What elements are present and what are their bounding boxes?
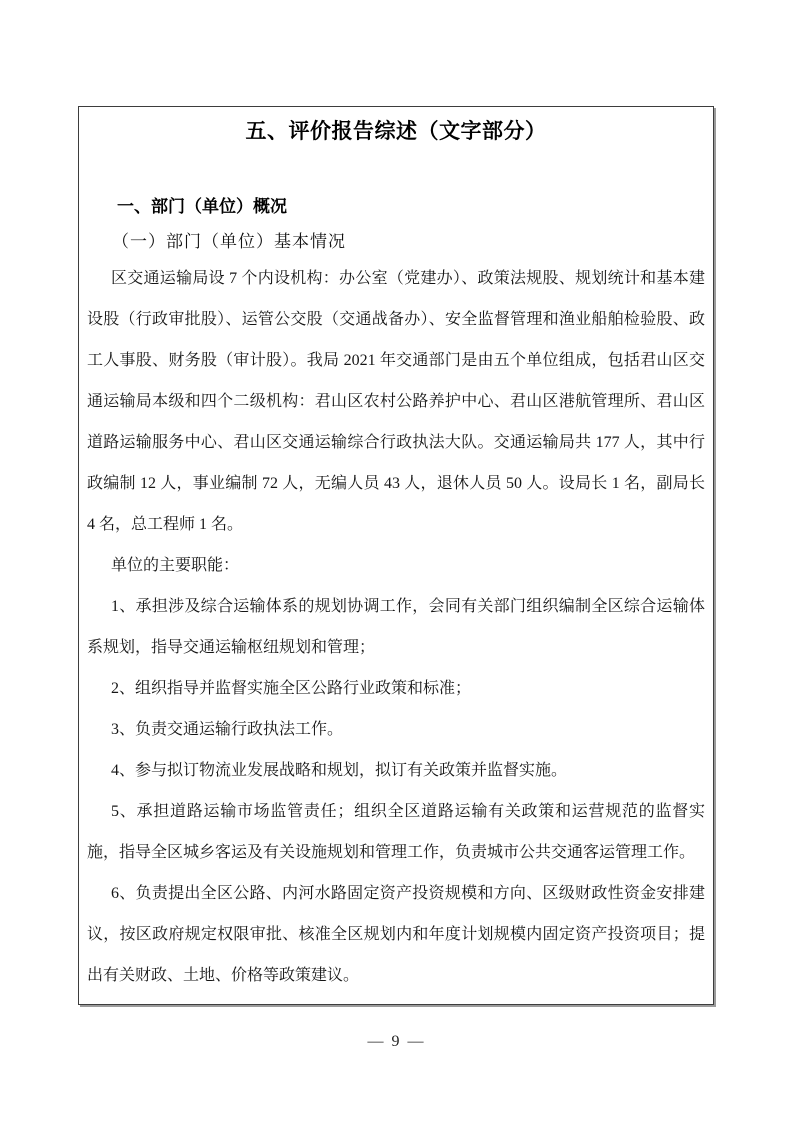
page-footer: — 9 — — [0, 1033, 793, 1051]
document-page: 五、评价报告综述（文字部分） 一、部门（单位）概况 （一）部门（单位）基本情况 … — [0, 0, 793, 1122]
paragraph-function-5: 5、承担道路运输市场监管责任；组织全区道路运输有关政策和运营规范的监督实施，指导… — [87, 791, 705, 873]
content-box: 五、评价报告综述（文字部分） 一、部门（单位）概况 （一）部门（单位）基本情况 … — [78, 106, 714, 1005]
page-number: — 9 — — [368, 1033, 426, 1050]
paragraph-function-2: 2、组织指导并监督实施全区公路行业政策和标准； — [87, 668, 705, 709]
paragraph-function-4: 4、参与拟订物流业发展战略和规划，拟订有关政策并监督实施。 — [87, 750, 705, 791]
section-heading: 一、部门（单位）概况 — [117, 195, 705, 219]
subsection-heading: （一）部门（单位）基本情况 — [112, 230, 705, 254]
body-text: 区交通运输局设 7 个内设机构：办公室（党建办）、政策法规股、规划统计和基本建设… — [87, 258, 705, 996]
paragraph-function-6: 6、负责提出全区公路、内河水路固定资产投资规模和方向、区级财政性资金安排建议，按… — [87, 873, 705, 996]
paragraph-function-3: 3、负责交通运输行政执法工作。 — [87, 709, 705, 750]
paragraph-function-1: 1、承担涉及综合运输体系的规划协调工作，会同有关部门组织编制全区综合运输体系规划… — [87, 586, 705, 668]
paragraph-functions-intro: 单位的主要职能： — [87, 545, 705, 586]
paragraph-overview: 区交通运输局设 7 个内设机构：办公室（党建办）、政策法规股、规划统计和基本建设… — [87, 258, 705, 545]
report-title: 五、评价报告综述（文字部分） — [87, 119, 705, 145]
